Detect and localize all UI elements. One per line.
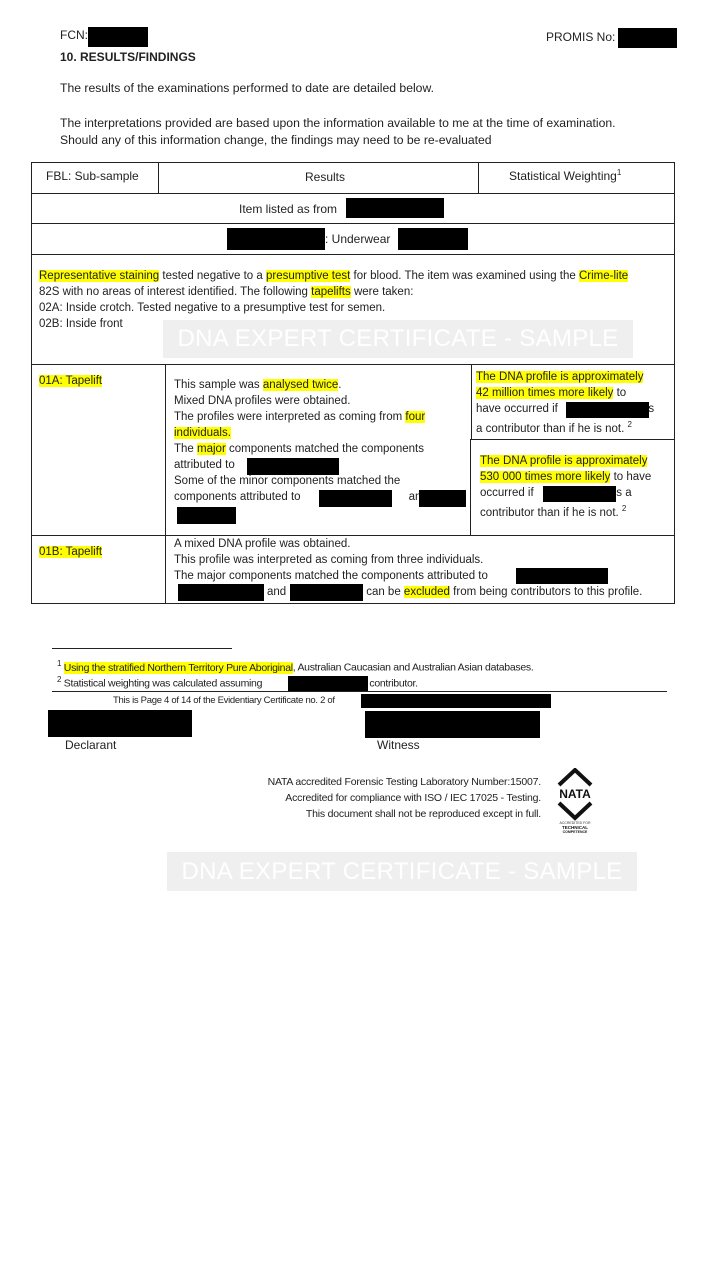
row-01b-sample: 01B: Tapelift [39,544,102,560]
minor-person-2-redaction [419,490,466,507]
sample-watermark-bottom: DNA EXPERT CERTIFICATE - SAMPLE [167,852,637,891]
declarant-label: Declarant [65,738,116,752]
minor-person-2b-redaction [177,507,236,524]
fcn-redaction [88,27,148,47]
footnote-1: 1 Using the stratified Northern Territor… [57,659,533,674]
page-info: This is Page 4 of 14 of the Evidentiary … [113,695,335,706]
svg-text:NATA: NATA [559,787,591,801]
item-owner-redaction [346,198,444,218]
row-01a-sample: 01A: Tapelift [39,373,102,389]
excluded-person-1-redaction [178,584,264,601]
nata-logo: NATA ACCREDITED FOR TECHNICAL COMPETENCE [554,768,596,834]
accreditation-text: NATA accredited Forensic Testing Laborat… [200,774,541,822]
item-detail-redaction [398,228,468,250]
nata-logo-icon: NATA ACCREDITED FOR TECHNICAL COMPETENCE [554,768,596,834]
promis-redaction [618,28,677,48]
intro-text: The results of the examinations performe… [60,80,434,97]
witness-label: Witness [377,738,420,752]
promis-label: PROMIS No: [546,30,615,44]
interpretation-line-2: Should any of this information change, t… [60,132,492,149]
contributor-1-redaction [566,402,649,418]
column-header-results: Results [305,170,345,184]
major-person-redaction [516,568,608,584]
row-01a-results: This sample was analysed twice. Mixed DN… [174,377,466,505]
interpretation-line-1: The interpretations provided are based u… [60,115,616,132]
column-header-subsample: FBL: Sub-sample [46,169,139,183]
assumed-contributor-redaction [288,676,368,691]
item-id-redaction [227,228,325,250]
contributor-2-redaction [543,486,616,502]
excluded-person-2-redaction [290,584,363,601]
footnote-separator [52,648,232,649]
fcn-label: FCN: [60,28,88,42]
minor-person-1-redaction [319,490,392,507]
sample-watermark: DNA EXPERT CERTIFICATE - SAMPLE [163,320,633,358]
page-info-separator [52,691,667,692]
declarant-signature-redaction [48,710,192,737]
witness-signature-redaction [365,711,540,738]
section-title: 10. RESULTS/FINDINGS [60,50,196,64]
item-listed-label: Item listed as from [239,202,337,216]
underwear-label: : Underwear [325,232,390,246]
attributed-person-redaction [247,458,339,475]
certificate-owner-redaction [361,694,551,708]
svg-text:COMPETENCE: COMPETENCE [563,830,588,834]
column-header-stat-weighting: Statistical Weighting1 [509,168,621,183]
